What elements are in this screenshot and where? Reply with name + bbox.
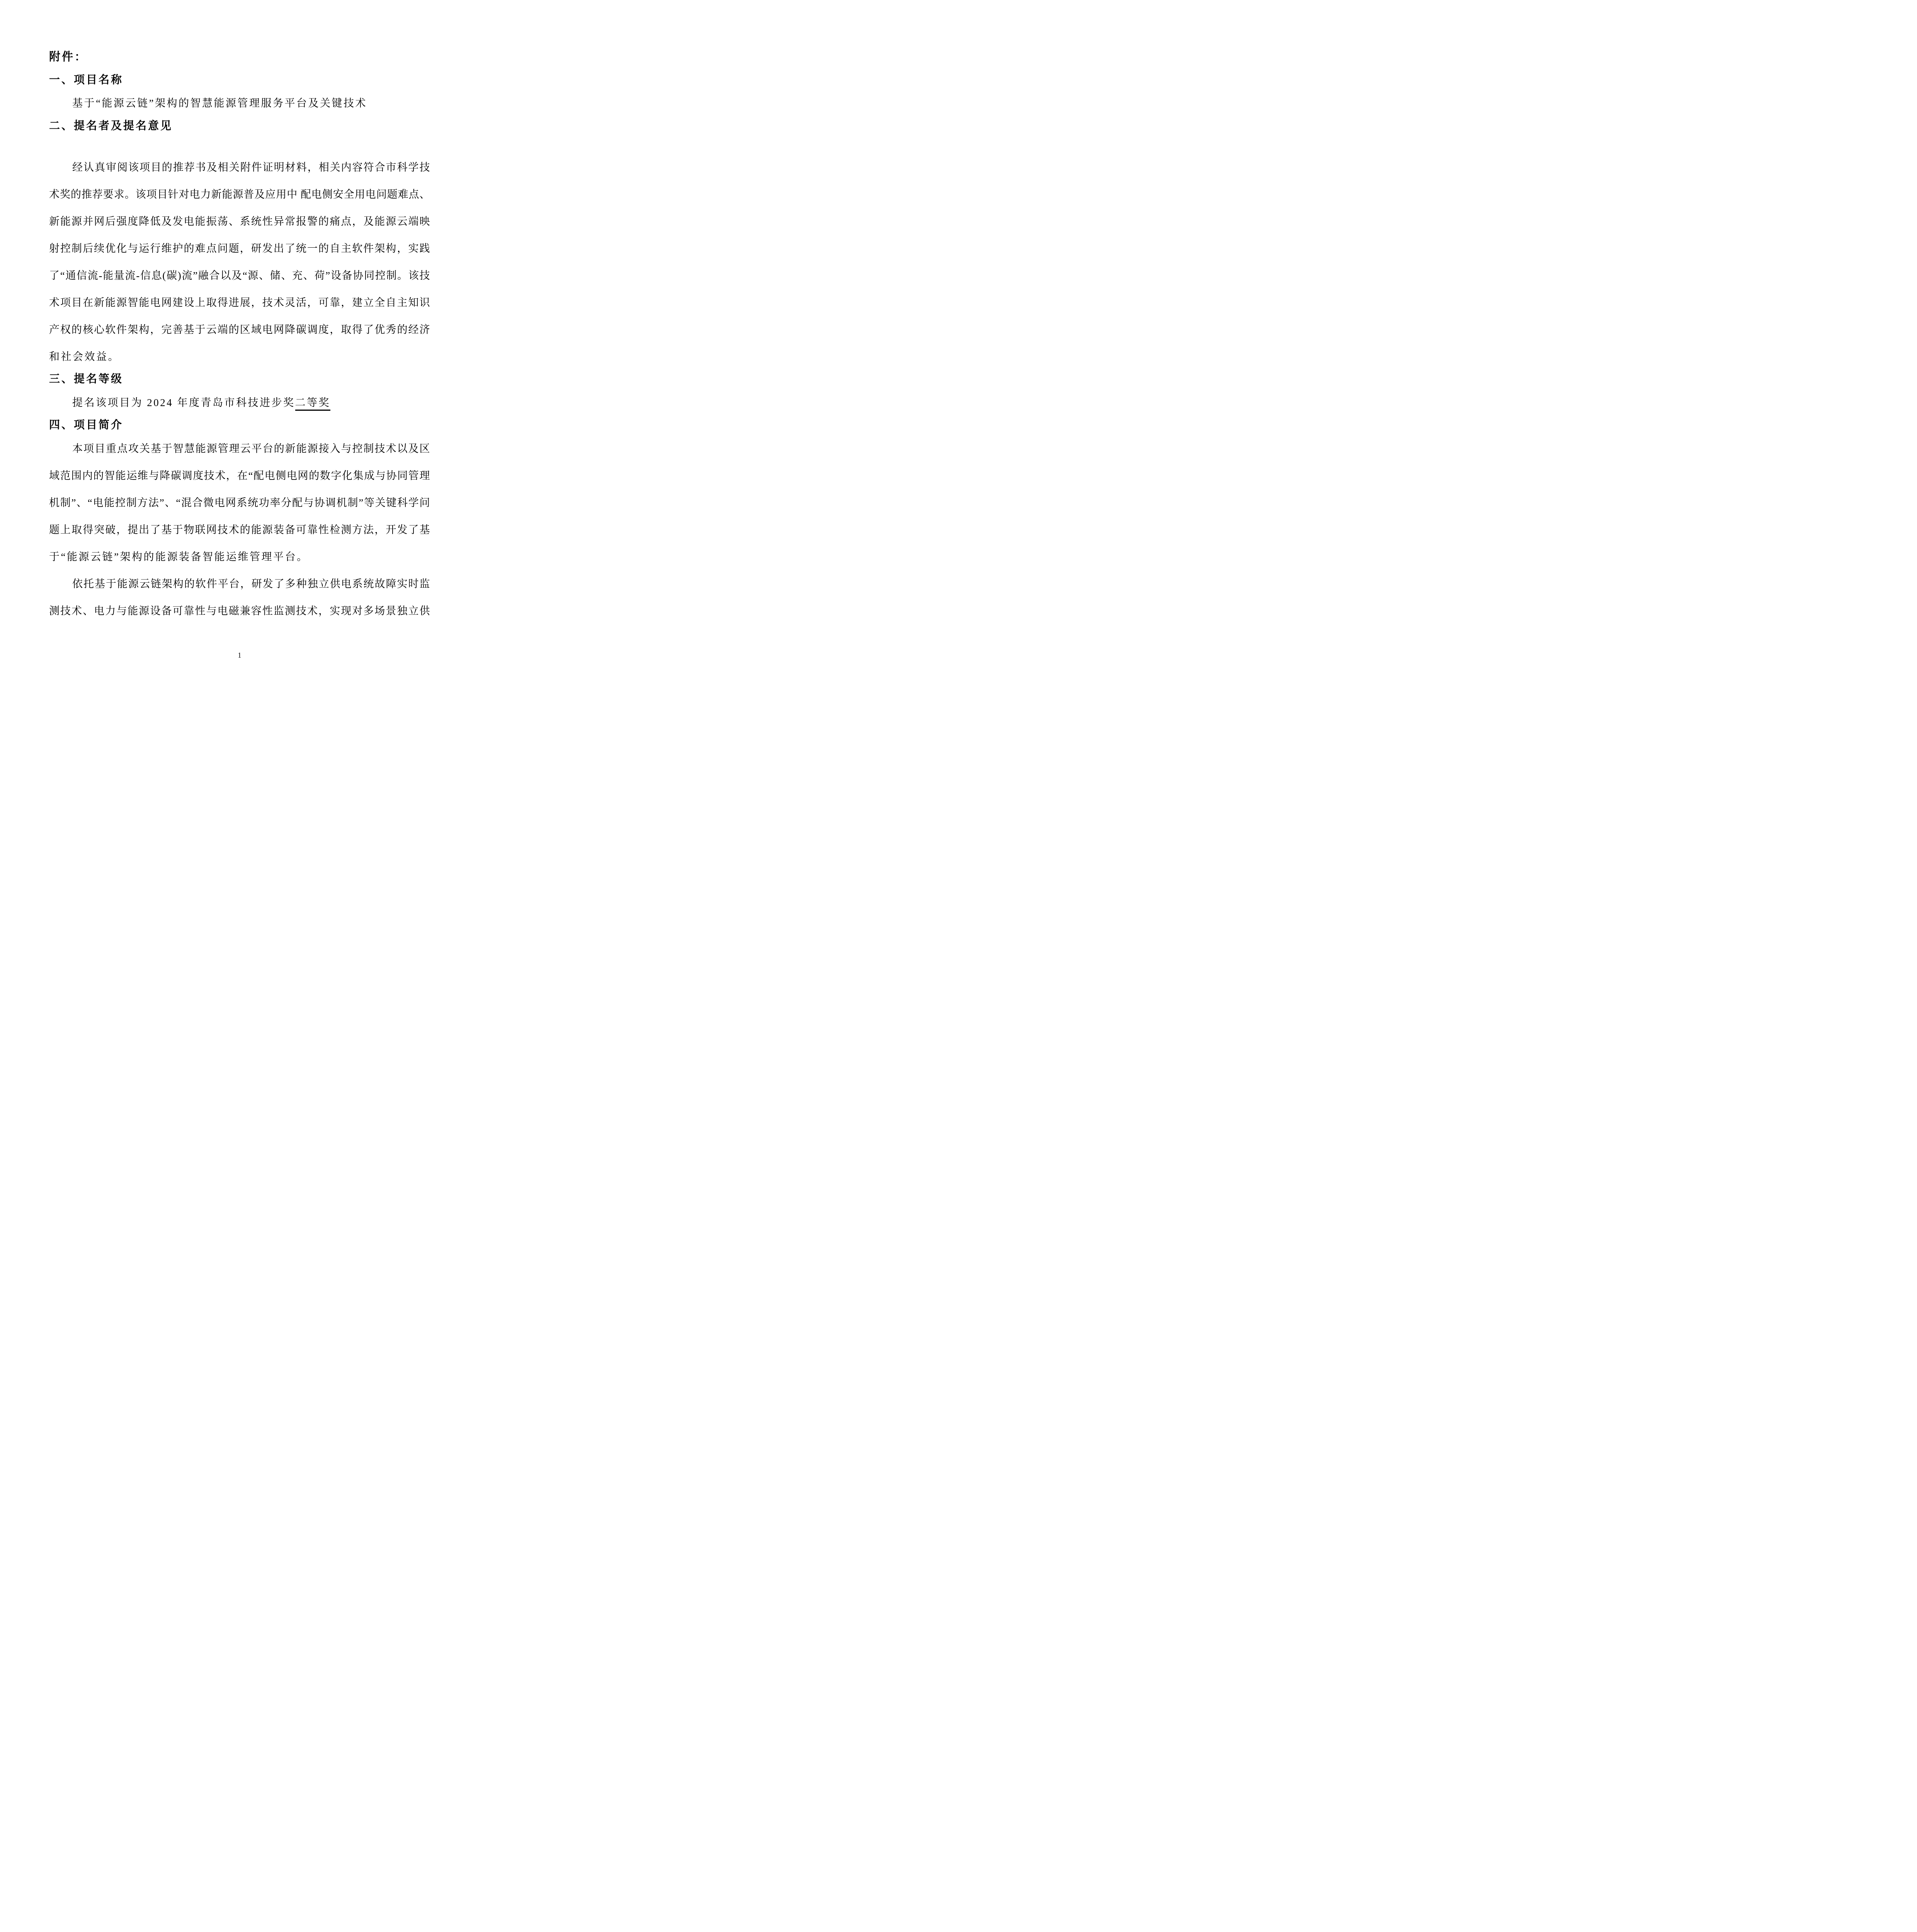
opinion-line-6: 术项目在新能源智能电网建设上取得进展，技术灵活，可靠，建立全自主知识 bbox=[49, 289, 430, 316]
intro-para1-line-1: 本项目重点攻关基于智慧能源管理云平台的新能源接入与控制技术以及区 bbox=[49, 435, 430, 462]
opinion-line-1: 经认真审阅该项目的推荐书及相关附件证明材料，相关内容符合市科学技 bbox=[49, 154, 430, 181]
intro-para1-line-5: 于“能源云链”架构的能源装备智能运维管理平台。 bbox=[49, 543, 430, 570]
opinion-line-2: 术奖的推荐要求。该项目针对电力新能源普及应用中 配电侧安全用电问题难点、 bbox=[49, 181, 430, 208]
intro-para1-line-2: 域范围内的智能运维与降碳调度技术，在“配电侧电网的数字化集成与协同管理 bbox=[49, 462, 430, 489]
opinion-line-5: 了“通信流-能量流-信息(碳)流”融合以及“源、储、充、荷”设备协同控制。该技 bbox=[49, 262, 430, 289]
grade-prefix: 提名该项目为 2024 年度青岛市科技进步奖 bbox=[72, 397, 295, 408]
intro-para2-line-2: 测技术、电力与能源设备可靠性与电磁兼容性监测技术，实现对多场景独立供 bbox=[49, 597, 430, 624]
opinion-line-4: 射控制后续优化与运行维护的难点问题，研发出了统一的自主软件架构，实践 bbox=[49, 235, 430, 262]
heading-nominator-opinion: 二、提名者及提名意见 bbox=[49, 113, 430, 140]
opinion-line-3: 新能源并网后强度降低及发电能振荡、系统性异常报警的痛点，及能源云端映 bbox=[49, 208, 430, 235]
award-grade-underlined: 二等奖 bbox=[295, 397, 331, 411]
intro-para1-line-3: 机制”、“电能控制方法”、“混合微电网系统功率分配与协调机制”等关键科学问 bbox=[49, 489, 430, 516]
document-page: 附件： 一、项目名称 基于“能源云链”架构的智慧能源管理服务平台及关键技术 二、… bbox=[0, 0, 479, 678]
page-content: 附件： 一、项目名称 基于“能源云链”架构的智慧能源管理服务平台及关键技术 二、… bbox=[49, 0, 430, 678]
opinion-line-7: 产权的核心软件架构，完善基于云端的区域电网降碳调度，取得了优秀的经济 bbox=[49, 316, 430, 343]
intro-para1-line-4: 题上取得突破，提出了基于物联网技术的能源装备可靠性检测方法，开发了基 bbox=[49, 516, 430, 543]
page-number: 1 bbox=[0, 648, 479, 663]
intro-para2-line-1: 依托基于能源云链架构的软件平台，研发了多种独立供电系统故障实时监 bbox=[49, 570, 430, 597]
